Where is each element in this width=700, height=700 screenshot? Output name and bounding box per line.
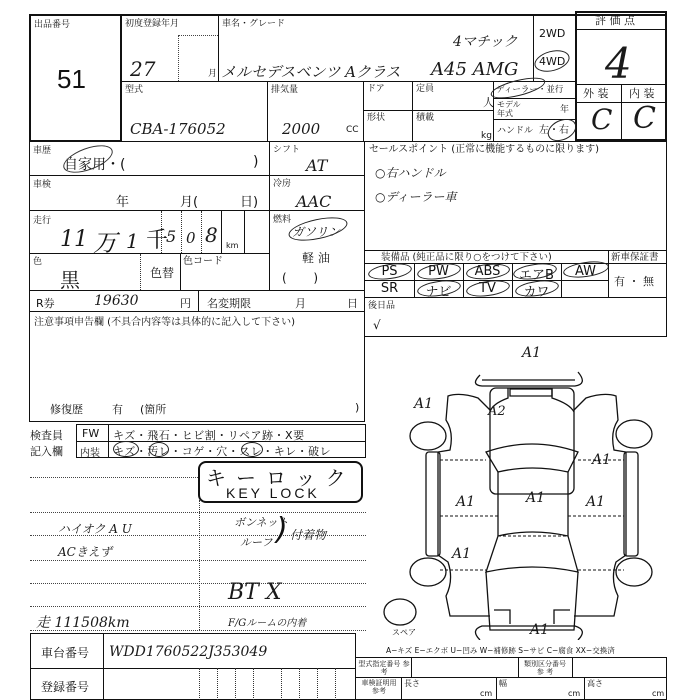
- repair-value: 有: [112, 401, 123, 417]
- fw-items: キズ・飛石・ヒビ割・リペア跡・X要: [113, 427, 305, 443]
- repair-place: (箇所: [140, 401, 166, 417]
- note-left-1: ハイオク A U: [58, 520, 132, 537]
- note-right-2: ルーフ: [240, 534, 272, 550]
- month-unit: 月: [208, 69, 217, 79]
- mileage-digit-3: 8: [205, 223, 218, 247]
- equipment-label: 装備品 (純正品に限り○をつけて下さい): [381, 253, 552, 263]
- ac-box: 冷房 AAC: [269, 175, 365, 211]
- car-name: メルセデスベンツ Aクラス: [221, 61, 401, 82]
- color-label: 色: [33, 257, 42, 267]
- name-change-month: 月: [295, 295, 306, 311]
- lot-label: 出品番号: [34, 20, 70, 30]
- later-items-label: 後日品: [368, 301, 395, 311]
- name-change-box: 名変期限 月 日: [198, 290, 365, 312]
- warranty-box: 新車保証書 有 ・ 無: [608, 250, 667, 298]
- first-reg-label: 初度登録年月: [125, 19, 179, 29]
- damage-mark: A1: [452, 546, 471, 562]
- grade-note: 4マチック: [453, 31, 518, 51]
- inspection-month: 月(: [180, 191, 198, 210]
- width-label: 幅: [499, 679, 507, 689]
- damage-legend: A−キズ E−エクボ U−凹み W−補修跡 S−サビ C−腐食 XX−交換済: [386, 646, 615, 656]
- note-bracket: ): [276, 512, 288, 547]
- reg-label: 登録番号: [41, 678, 89, 695]
- type-cert-label: 型式指定番号 参 考: [358, 660, 410, 676]
- fuel-diesel[interactable]: 軽 油: [302, 249, 330, 266]
- note-right-3: 付着物: [290, 526, 326, 543]
- mileage-man: 11: [60, 227, 88, 252]
- exterior-label: 外 装: [583, 89, 609, 99]
- note-right-4: BT X: [228, 580, 282, 605]
- handle-label: ハンドル: [497, 126, 533, 136]
- history-label: 車歴: [33, 146, 51, 156]
- shift-value: AT: [306, 156, 327, 175]
- length-cm: cm: [480, 689, 492, 699]
- inspection-day: 日): [240, 191, 258, 210]
- note-left-4: 走 111508km: [36, 612, 130, 632]
- color-code-label: 色コード: [183, 257, 223, 267]
- footer-table: 型式指定番号 参 考 類別区分番号 参 考 車検証明用 参考 長さ cm 幅 c…: [355, 657, 667, 700]
- mileage-sen: 1: [126, 229, 139, 253]
- history-box: 車歴 自家用・( ): [29, 141, 270, 176]
- height-label: 高さ: [587, 679, 603, 689]
- year-unit: 年: [560, 105, 569, 115]
- fw-label: FW: [82, 427, 99, 440]
- lot-number-box: 出品番号 51: [29, 14, 122, 142]
- key-lock-en: KEY LOCK: [226, 485, 320, 501]
- later-items-mark: √: [373, 318, 381, 332]
- recycle-amount: 19630: [94, 293, 139, 309]
- score-value: 4: [605, 39, 632, 88]
- interior-circle-wear: [241, 442, 263, 457]
- recycle-label: R券: [36, 295, 55, 311]
- handle-box: ハンドル 左・右: [493, 119, 576, 142]
- displacement-box: 排気量 2000 CC: [267, 81, 364, 142]
- ac-label: 冷房: [273, 179, 291, 189]
- km-unit: km: [226, 241, 238, 251]
- first-reg-box: 初度登録年月 27 月: [121, 14, 219, 82]
- damage-mark: A1: [526, 490, 545, 506]
- name-change-label: 名変期限: [207, 295, 251, 311]
- car-name-box: 車名・グレード 4マチック メルセデスベンツ Aクラス A45 AMG: [218, 14, 534, 82]
- interior-label: 内装: [80, 444, 100, 459]
- inspector-label-2: 記入欄: [30, 443, 63, 459]
- score-box: 評 価 点 4 外 装 内 装 C C: [575, 11, 667, 141]
- drive-selected-circle: [532, 47, 572, 76]
- cc-unit: CC: [346, 125, 359, 135]
- chassis-table: 車台番号 WDD1760522J353049 登録番号: [30, 633, 356, 700]
- ac-value: AAC: [296, 192, 331, 211]
- color-box: 色 黒 色替 色コード: [29, 253, 270, 291]
- score-label: 評 価 点: [595, 16, 635, 26]
- shift-label: シフト: [273, 145, 300, 155]
- inspector-table: FW キズ・飛石・ヒビ割・リペア跡・X要 内装 キズ・汚レ・コゲ・穴・スレ・キレ…: [76, 424, 366, 458]
- note-right-5: F/Gルームの内着: [228, 614, 306, 629]
- body-box: 形状: [363, 110, 413, 142]
- width-cm: cm: [568, 689, 580, 699]
- sales-points-label: セールスポイント (正常に機能するものに限ります): [369, 145, 599, 155]
- cert-label: 車検証明用 参考: [358, 679, 400, 695]
- door-box: ドア: [363, 81, 413, 111]
- fuel-circle: [287, 213, 350, 245]
- capacity-box: 定員 人: [412, 81, 494, 111]
- car-name-label: 車名・グレード: [222, 19, 285, 29]
- damage-mark: A2: [488, 404, 506, 419]
- dealer-box: ディーラー・並行: [493, 81, 576, 99]
- color-change-label: 色替: [150, 264, 174, 281]
- damage-mark: A1: [592, 452, 611, 468]
- name-change-day: 日: [347, 295, 358, 311]
- damage-mark: A1: [456, 494, 475, 510]
- inspection-year: 年: [116, 191, 129, 210]
- shift-box: シフト AT: [269, 141, 365, 176]
- load-label: 積載: [416, 113, 434, 123]
- height-cm: cm: [652, 689, 664, 699]
- later-items-box: 後日品 √: [364, 297, 667, 337]
- damage-mark: A1: [530, 622, 549, 638]
- color-value: 黒: [60, 264, 80, 293]
- door-label: ドア: [367, 84, 385, 94]
- chassis-label: 車台番号: [41, 644, 89, 661]
- fuel-box: 燃料 ガソリン 軽 油 ( ): [269, 210, 365, 291]
- model-year-label: モデル 年式: [497, 100, 527, 118]
- mileage-label: 走行: [33, 216, 51, 226]
- equip-sr[interactable]: SR: [365, 281, 414, 296]
- sales-point-1: ○右ハンドル: [375, 164, 445, 181]
- inspector-label-1: 検査員: [30, 427, 63, 443]
- displacement-label: 排気量: [271, 85, 298, 95]
- spare-label: スペア: [392, 628, 416, 638]
- first-reg-year: 27: [130, 57, 155, 81]
- sales-point-2: ○ディーラー車: [375, 188, 457, 205]
- body-label: 形状: [367, 113, 385, 123]
- displacement-value: 2000: [282, 120, 320, 138]
- yen-unit: 円: [180, 295, 191, 311]
- fuel-other: ( ): [282, 271, 318, 285]
- class-label: 類別区分番号 参 考: [520, 660, 570, 676]
- damage-mark: A1: [414, 396, 433, 412]
- sales-points-box: セールスポイント (正常に機能するものに限ります) ○右ハンドル ○ディーラー車: [364, 141, 667, 251]
- warranty-label: 新車保証書: [611, 253, 659, 263]
- warranty-options[interactable]: 有 ・ 無: [614, 273, 654, 289]
- interior-label: 内 装: [629, 89, 655, 99]
- interior-grade: C: [633, 101, 656, 136]
- key-lock-stamp: キーロック KEY LOCK: [198, 461, 363, 503]
- model-label: 型式: [125, 85, 143, 95]
- model-year-box: モデル 年式 年: [493, 98, 576, 120]
- load-box: 積載 kg: [412, 110, 494, 142]
- mileage-digit-2: 0: [186, 229, 196, 247]
- interior-items: キズ・汚レ・コゲ・穴・スレ・キレ・破レ: [113, 443, 331, 459]
- grade: A45 AMG: [431, 59, 518, 80]
- drive-2wd[interactable]: 2WD: [539, 27, 565, 40]
- repair-label: 修復歴: [50, 401, 83, 417]
- interior-circle-stain: [149, 442, 169, 457]
- mileage-box: 走行 11 万 1 千 5 0 8 km: [29, 210, 270, 254]
- model-box: 型式 CBA-176052: [121, 81, 268, 142]
- fuel-label: 燃料: [273, 215, 291, 225]
- mileage-digit-1: 5: [166, 227, 176, 246]
- lot-number: 51: [57, 64, 86, 95]
- drive-box: 2WD 4WD: [533, 14, 576, 82]
- notes-label: 注意事項申告欄 (不具合内容等は具体的に記入して下さい): [34, 318, 295, 328]
- inspection-label: 車検: [33, 180, 51, 190]
- damage-mark: A1: [522, 345, 541, 361]
- history-close: ): [253, 154, 258, 170]
- chassis-value: WDD1760522J353049: [109, 644, 267, 660]
- exterior-grade: C: [591, 103, 612, 136]
- model-value: CBA-176052: [130, 120, 226, 138]
- capacity-label: 定員: [416, 84, 434, 94]
- damage-mark: A1: [586, 494, 605, 510]
- notes-box: 注意事項申告欄 (不具合内容等は具体的に記入して下さい) 修復歴 有 (箇所 ): [29, 311, 365, 422]
- equipment-box: 装備品 (純正品に限り○をつけて下さい) PS PW ABS エアB AW SR…: [364, 250, 609, 298]
- length-label: 長さ: [404, 679, 420, 689]
- recycle-box: R券 19630 円: [29, 290, 199, 312]
- inspection-box: 車検 年 月( 日): [29, 175, 270, 211]
- note-left-2: ACきえず: [58, 543, 112, 560]
- repair-close: ): [355, 401, 359, 414]
- sen-unit: 千: [146, 223, 168, 254]
- kg-unit: kg: [481, 131, 492, 141]
- interior-circle-scratch: [113, 441, 139, 457]
